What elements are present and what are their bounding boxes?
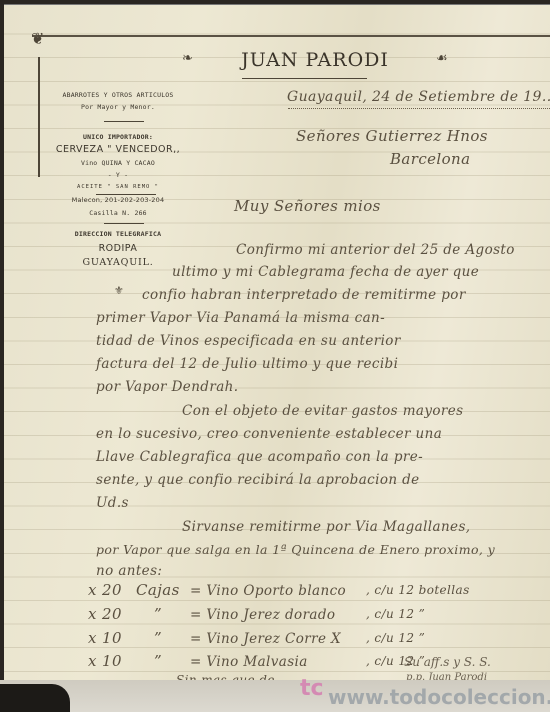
letter-city: Barcelona [390, 150, 470, 168]
letterhead-title-block: JUAN PARODI [180, 49, 450, 71]
letterhead-line-9: Casilla N. 266 [38, 209, 198, 217]
letter-body-line: Con el objeto de evitar gastos mayores [182, 403, 463, 419]
letterhead-top-border [32, 35, 550, 37]
watermark-text: www.todocoleccion.net [328, 685, 550, 709]
letter-body-line: sente, y que confio recibirá la aprobaci… [96, 472, 420, 488]
letter-body-line: no antes: [96, 563, 162, 579]
letter-signoff: Su aff.s y S. S. [404, 655, 491, 669]
order-qty: x 10 [88, 652, 122, 670]
letterhead-line-4: CERVEZA " VENCEDOR,, [38, 144, 198, 155]
letterhead-divider [104, 121, 144, 122]
letterhead-line-8: Malecon, 201-202-203-204 [38, 196, 198, 204]
letter-body-line: primer Vapor Via Panamá la misma can- [96, 310, 385, 326]
letterhead-divider [96, 194, 156, 195]
order-item: = Vino Jerez Corre X [190, 631, 341, 647]
order-qty: x 20 [88, 605, 122, 623]
letter-body-line: tidad de Vinos especificada en su anteri… [96, 333, 401, 349]
letterhead-line-7: ACEITE " SAN REMO " [38, 184, 198, 190]
letterhead-line-5: Vino QUINA Y CACAO [38, 159, 198, 167]
letter-page: ❦ ❧ JUAN PARODI ☙ ABARROTES Y OTROS ARTI… [4, 4, 550, 681]
letterhead-line-6: - Y - [38, 171, 198, 179]
title-underline [242, 78, 367, 79]
order-item: = Vino Jerez dorado [190, 607, 335, 623]
order-unit: ” [154, 629, 162, 647]
order-item: = Vino Oporto blanco [190, 583, 346, 599]
corner-ornament-icon: ❦ [31, 29, 44, 48]
letter-body-line: factura del 12 de Julio ultimo y que rec… [96, 356, 398, 372]
letter-body-line: en lo sucesivo, creo conveniente estable… [96, 426, 442, 442]
order-pack: , c/u 12 botellas [366, 583, 470, 597]
order-unit: ” [154, 652, 162, 670]
title-ornament-right-icon: ☙ [436, 51, 448, 66]
letterhead-title: JUAN PARODI [241, 49, 389, 71]
flourish-ornament-icon: ⚜ [114, 284, 124, 297]
order-qty: x 10 [88, 629, 122, 647]
letterhead-line-1: ABARROTES Y OTROS ARTICULOS [38, 91, 198, 99]
letterhead-line-2: Por Mayor y Menor. [38, 103, 198, 111]
order-pack: , c/u 12 ” [366, 631, 425, 645]
letter-body-line: Confirmo mi anterior del 25 de Agosto [236, 242, 515, 258]
letter-body-line: Llave Cablegrafica que acompaño con la p… [96, 449, 423, 465]
letterhead-line-3: UNICO IMPORTADOR: [38, 133, 198, 141]
watermark-logo-icon: tc [300, 676, 324, 701]
letter-dateline: Guayaquil, 24 de Setiembre de 19.. [287, 89, 550, 105]
order-unit: Cajas [136, 581, 180, 599]
letter-addressee: Señores Gutierrez Hnos [296, 127, 488, 145]
letterhead-divider [104, 223, 144, 224]
letter-body-line: Sirvanse remitirme por Via Magallanes, [182, 519, 470, 535]
letter-body-line: por Vapor que salga en la 1ª Quincena de… [96, 542, 495, 557]
letter-body-line: ultimo y mi Cablegrama fecha de ayer que [172, 264, 479, 280]
letterhead-line-11: RODIPA [38, 243, 198, 254]
letterhead-line-10: DIRECCION TELEGRAFICA [38, 230, 198, 238]
letter-body-line: Ud.s [96, 495, 129, 511]
order-item: = Vino Malvasia [190, 654, 308, 670]
order-pack: , c/u 12 ” [366, 607, 425, 621]
letter-body-line: por Vapor Dendrah. [96, 379, 238, 395]
letter-salutation: Muy Señores mios [234, 197, 381, 215]
dateline-underline [288, 108, 550, 109]
background-shadow [0, 684, 70, 712]
order-unit: ” [154, 605, 162, 623]
order-qty: x 20 [88, 581, 122, 599]
letter-body-line: confio habran interpretado de remitirme … [142, 287, 466, 303]
